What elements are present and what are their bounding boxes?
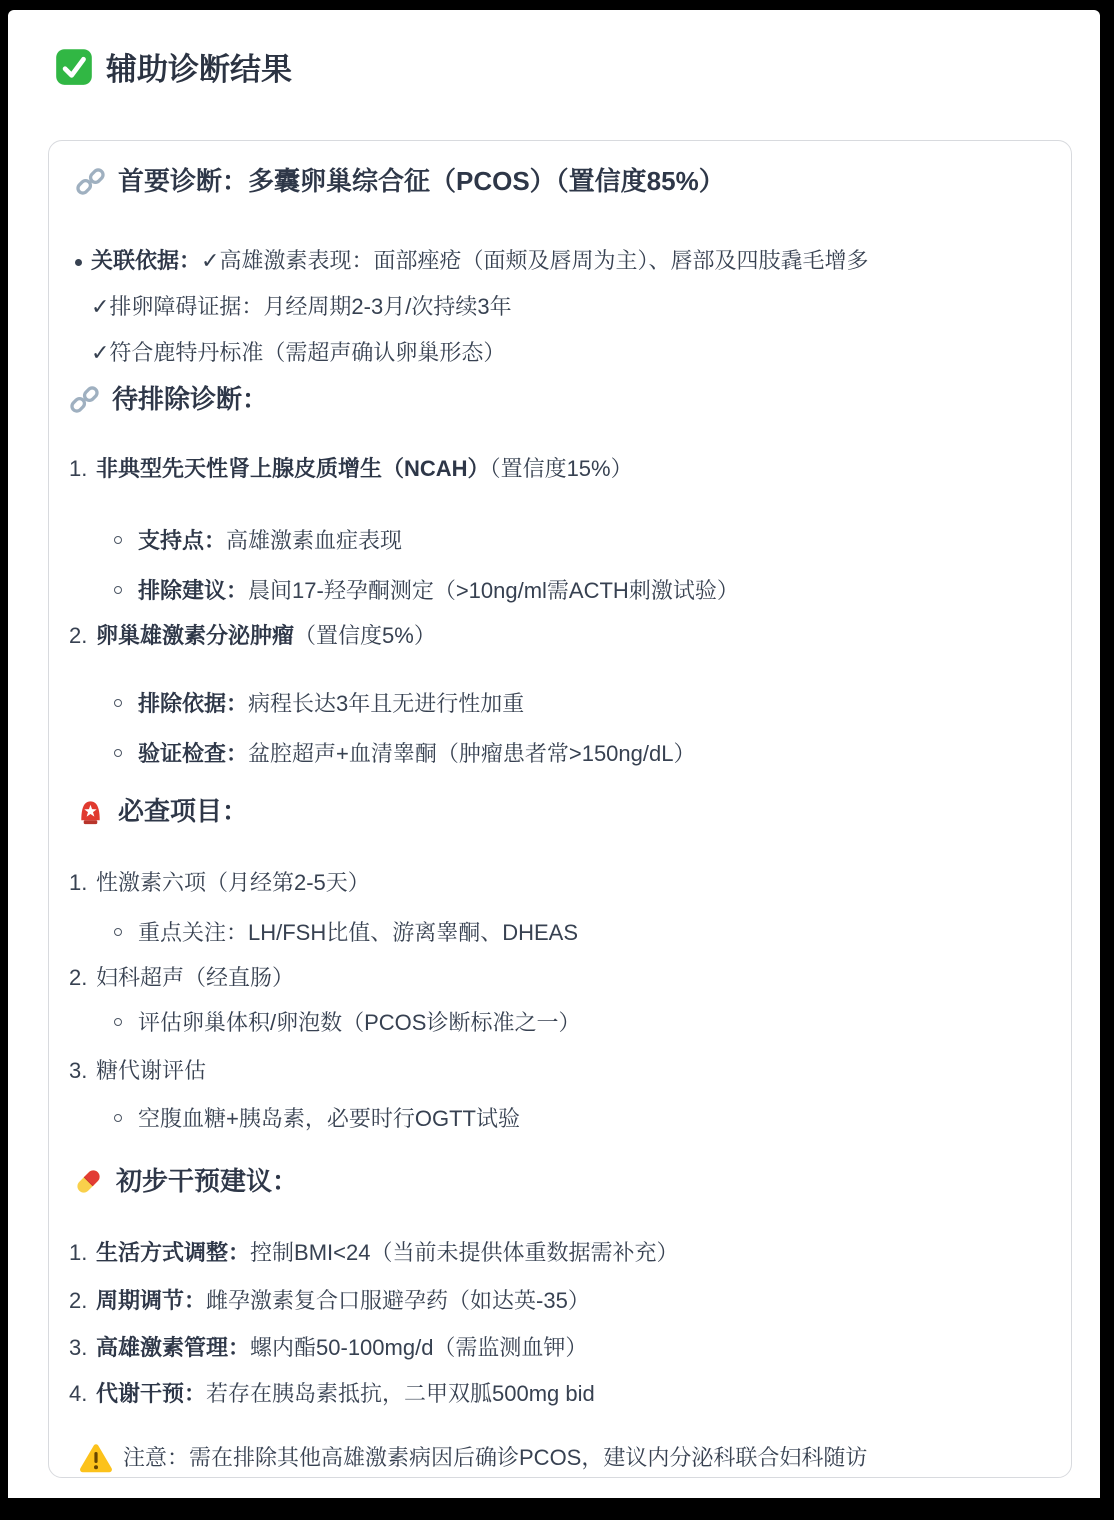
primary-diagnosis-heading: 首要诊断：多囊卵巢综合征（PCOS）（置信度85%） [75, 163, 1035, 199]
intervention-item-text: 雌孕激素复合口服避孕药（如达英-35） [206, 1288, 590, 1313]
warning-icon [79, 1443, 113, 1473]
link-icon [69, 384, 100, 415]
sub-bullet-marker [114, 536, 122, 544]
intervention-item-text: 控制BMI<24（当前未提供体重数据需补充） [250, 1240, 678, 1265]
intervention-item-label: 生活方式调整： [96, 1240, 250, 1265]
exclusion-item: 2.卵巢雄激素分泌肿瘤（置信度5%） [69, 621, 1049, 651]
required-heading: 必查项目： [75, 793, 775, 829]
sub-bullet-marker [114, 1018, 122, 1026]
item-number: 4. [69, 1379, 96, 1409]
required-sub-item: 重点关注：LH/FSH比值、游离睾酮、DHEAS [138, 918, 1038, 948]
sub-label: 排除建议： [138, 578, 248, 603]
exclusion-item: 1.非典型先天性肾上腺皮质增生（NCAH）（置信度15%） [69, 454, 1049, 484]
sub-bullet-marker [114, 928, 122, 936]
required-item: 2.妇科超声（经直肠） [69, 963, 1049, 993]
exclusion-sub-item: 支持点：高雄激素血症表现 [138, 526, 1038, 556]
siren-icon [75, 796, 106, 827]
evidence-line2: ✓排卵障碍证据：月经周期2-3月/次持续3年 [91, 294, 512, 319]
exclusion-sub-item: 排除依据：病程长达3年且无进行性加重 [138, 689, 1038, 719]
bullet-marker [75, 259, 82, 266]
sub-bullet-marker [114, 1114, 122, 1122]
required-sub-item: 评估卵巢体积/卵泡数（PCOS诊断标准之一） [138, 1008, 1038, 1038]
item-number: 2. [69, 1286, 96, 1316]
intervention-item-text: 螺内酯50-100mg/d（需监测血钾） [250, 1335, 587, 1360]
sub-text: 重点关注：LH/FSH比值、游离睾酮、DHEAS [138, 920, 578, 945]
sub-bullet-marker [114, 749, 122, 757]
intervention-item: 3.高雄激素管理：螺内酯50-100mg/d（需监测血钾） [69, 1333, 1049, 1363]
evidence-line3: ✓符合鹿特丹标准（需超声确认卵巢形态） [91, 340, 505, 365]
sub-text: 病程长达3年且无进行性加重 [248, 691, 524, 716]
required-sub-item: 空腹血糖+胰岛素，必要时行OGTT试验 [138, 1104, 1038, 1134]
required-item-text: 妇科超声（经直肠） [96, 965, 294, 990]
document-page: 辅助诊断结果 首要诊断：多囊卵巢综合征（PCOS）（置信度85%） 关联依据：✓… [8, 10, 1100, 1498]
item-number: 3. [69, 1333, 96, 1363]
sub-text: 晨间17-羟孕酮测定（>10ng/ml需ACTH刺激试验） [248, 578, 739, 603]
sub-text: 高雄激素血症表现 [226, 528, 402, 553]
item-number: 2. [69, 963, 96, 993]
exclusion-heading-text: 待排除诊断： [112, 381, 268, 417]
sub-label: 验证检查： [138, 741, 248, 766]
item-number: 3. [69, 1056, 96, 1086]
exclusion-item-name: 非典型先天性肾上腺皮质增生（NCAH） [96, 456, 490, 481]
item-number: 1. [69, 868, 96, 898]
evidence-line1: ✓高雄激素表现：面部痤疮（面颊及唇周为主）、唇部及四肢毳毛增多 [201, 248, 868, 273]
exclusion-item-name: 卵巢雄激素分泌肿瘤 [96, 623, 294, 648]
sub-bullet-marker [114, 699, 122, 707]
required-heading-text: 必查项目： [118, 793, 248, 829]
intervention-item-text: 若存在胰岛素抵抗，二甲双胍500mg bid [206, 1381, 595, 1406]
evidence-label: 关联依据： [91, 248, 201, 273]
intervention-item: 1.生活方式调整：控制BMI<24（当前未提供体重数据需补充） [69, 1238, 1049, 1268]
link-icon [75, 166, 106, 197]
sub-bullet-marker [114, 586, 122, 594]
page-title-text: 辅助诊断结果 [106, 44, 292, 89]
pill-icon [73, 1166, 104, 1197]
item-number: 2. [69, 621, 96, 651]
required-item: 1.性激素六项（月经第2-5天） [69, 868, 1049, 898]
exclusion-sub-item: 验证检查：盆腔超声+血清睾酮（肿瘤患者常>150ng/dL） [138, 739, 1038, 769]
intervention-item: 2.周期调节：雌孕激素复合口服避孕药（如达英-35） [69, 1286, 1049, 1316]
item-number: 1. [69, 1238, 96, 1268]
exclusion-item-confidence: （置信度15%） [490, 456, 633, 481]
exclusion-sub-item: 排除建议：晨间17-羟孕酮测定（>10ng/ml需ACTH刺激试验） [138, 576, 1038, 606]
primary-diagnosis-text: 首要诊断：多囊卵巢综合征（PCOS）（置信度85%） [118, 163, 725, 199]
notice-text: 注意：需在排除其他高雄激素病因后确诊PCOS，建议内分泌科联合妇科随访 [123, 1443, 867, 1473]
intervention-item-label: 高雄激素管理： [96, 1335, 250, 1360]
intervention-item-label: 周期调节： [96, 1288, 206, 1313]
sub-text: 空腹血糖+胰岛素，必要时行OGTT试验 [138, 1106, 520, 1131]
sub-text: 评估卵巢体积/卵泡数（PCOS诊断标准之一） [138, 1010, 580, 1035]
intervention-item-label: 代谢干预： [96, 1381, 206, 1406]
sub-label: 排除依据： [138, 691, 248, 716]
evidence-bullet: 关联依据：✓高雄激素表现：面部痤疮（面颊及唇周为主）、唇部及四肢毳毛增多 ✓排卵… [91, 238, 1047, 376]
intervention-item: 4.代谢干预：若存在胰岛素抵抗，二甲双胍500mg bid [69, 1379, 1049, 1409]
diagnosis-card: 首要诊断：多囊卵巢综合征（PCOS）（置信度85%） 关联依据：✓高雄激素表现：… [48, 140, 1072, 1478]
required-item: 3.糖代谢评估 [69, 1056, 1049, 1086]
sub-text: 盆腔超声+血清睾酮（肿瘤患者常>150ng/dL） [248, 741, 695, 766]
intervention-heading: 初步干预建议： [73, 1163, 773, 1199]
required-item-text: 性激素六项（月经第2-5天） [96, 870, 370, 895]
exclusion-item-confidence: （置信度5%） [294, 623, 436, 648]
required-item-text: 糖代谢评估 [96, 1058, 206, 1083]
intervention-heading-text: 初步干预建议： [116, 1163, 298, 1199]
notice: 注意：需在排除其他高雄激素病因后确诊PCOS，建议内分泌科联合妇科随访 [79, 1443, 1049, 1473]
sub-label: 支持点： [138, 528, 226, 553]
page-title: 辅助诊断结果 [55, 44, 292, 89]
check-mark-icon [55, 48, 93, 86]
item-number: 1. [69, 454, 96, 484]
exclusion-heading: 待排除诊断： [69, 381, 769, 417]
